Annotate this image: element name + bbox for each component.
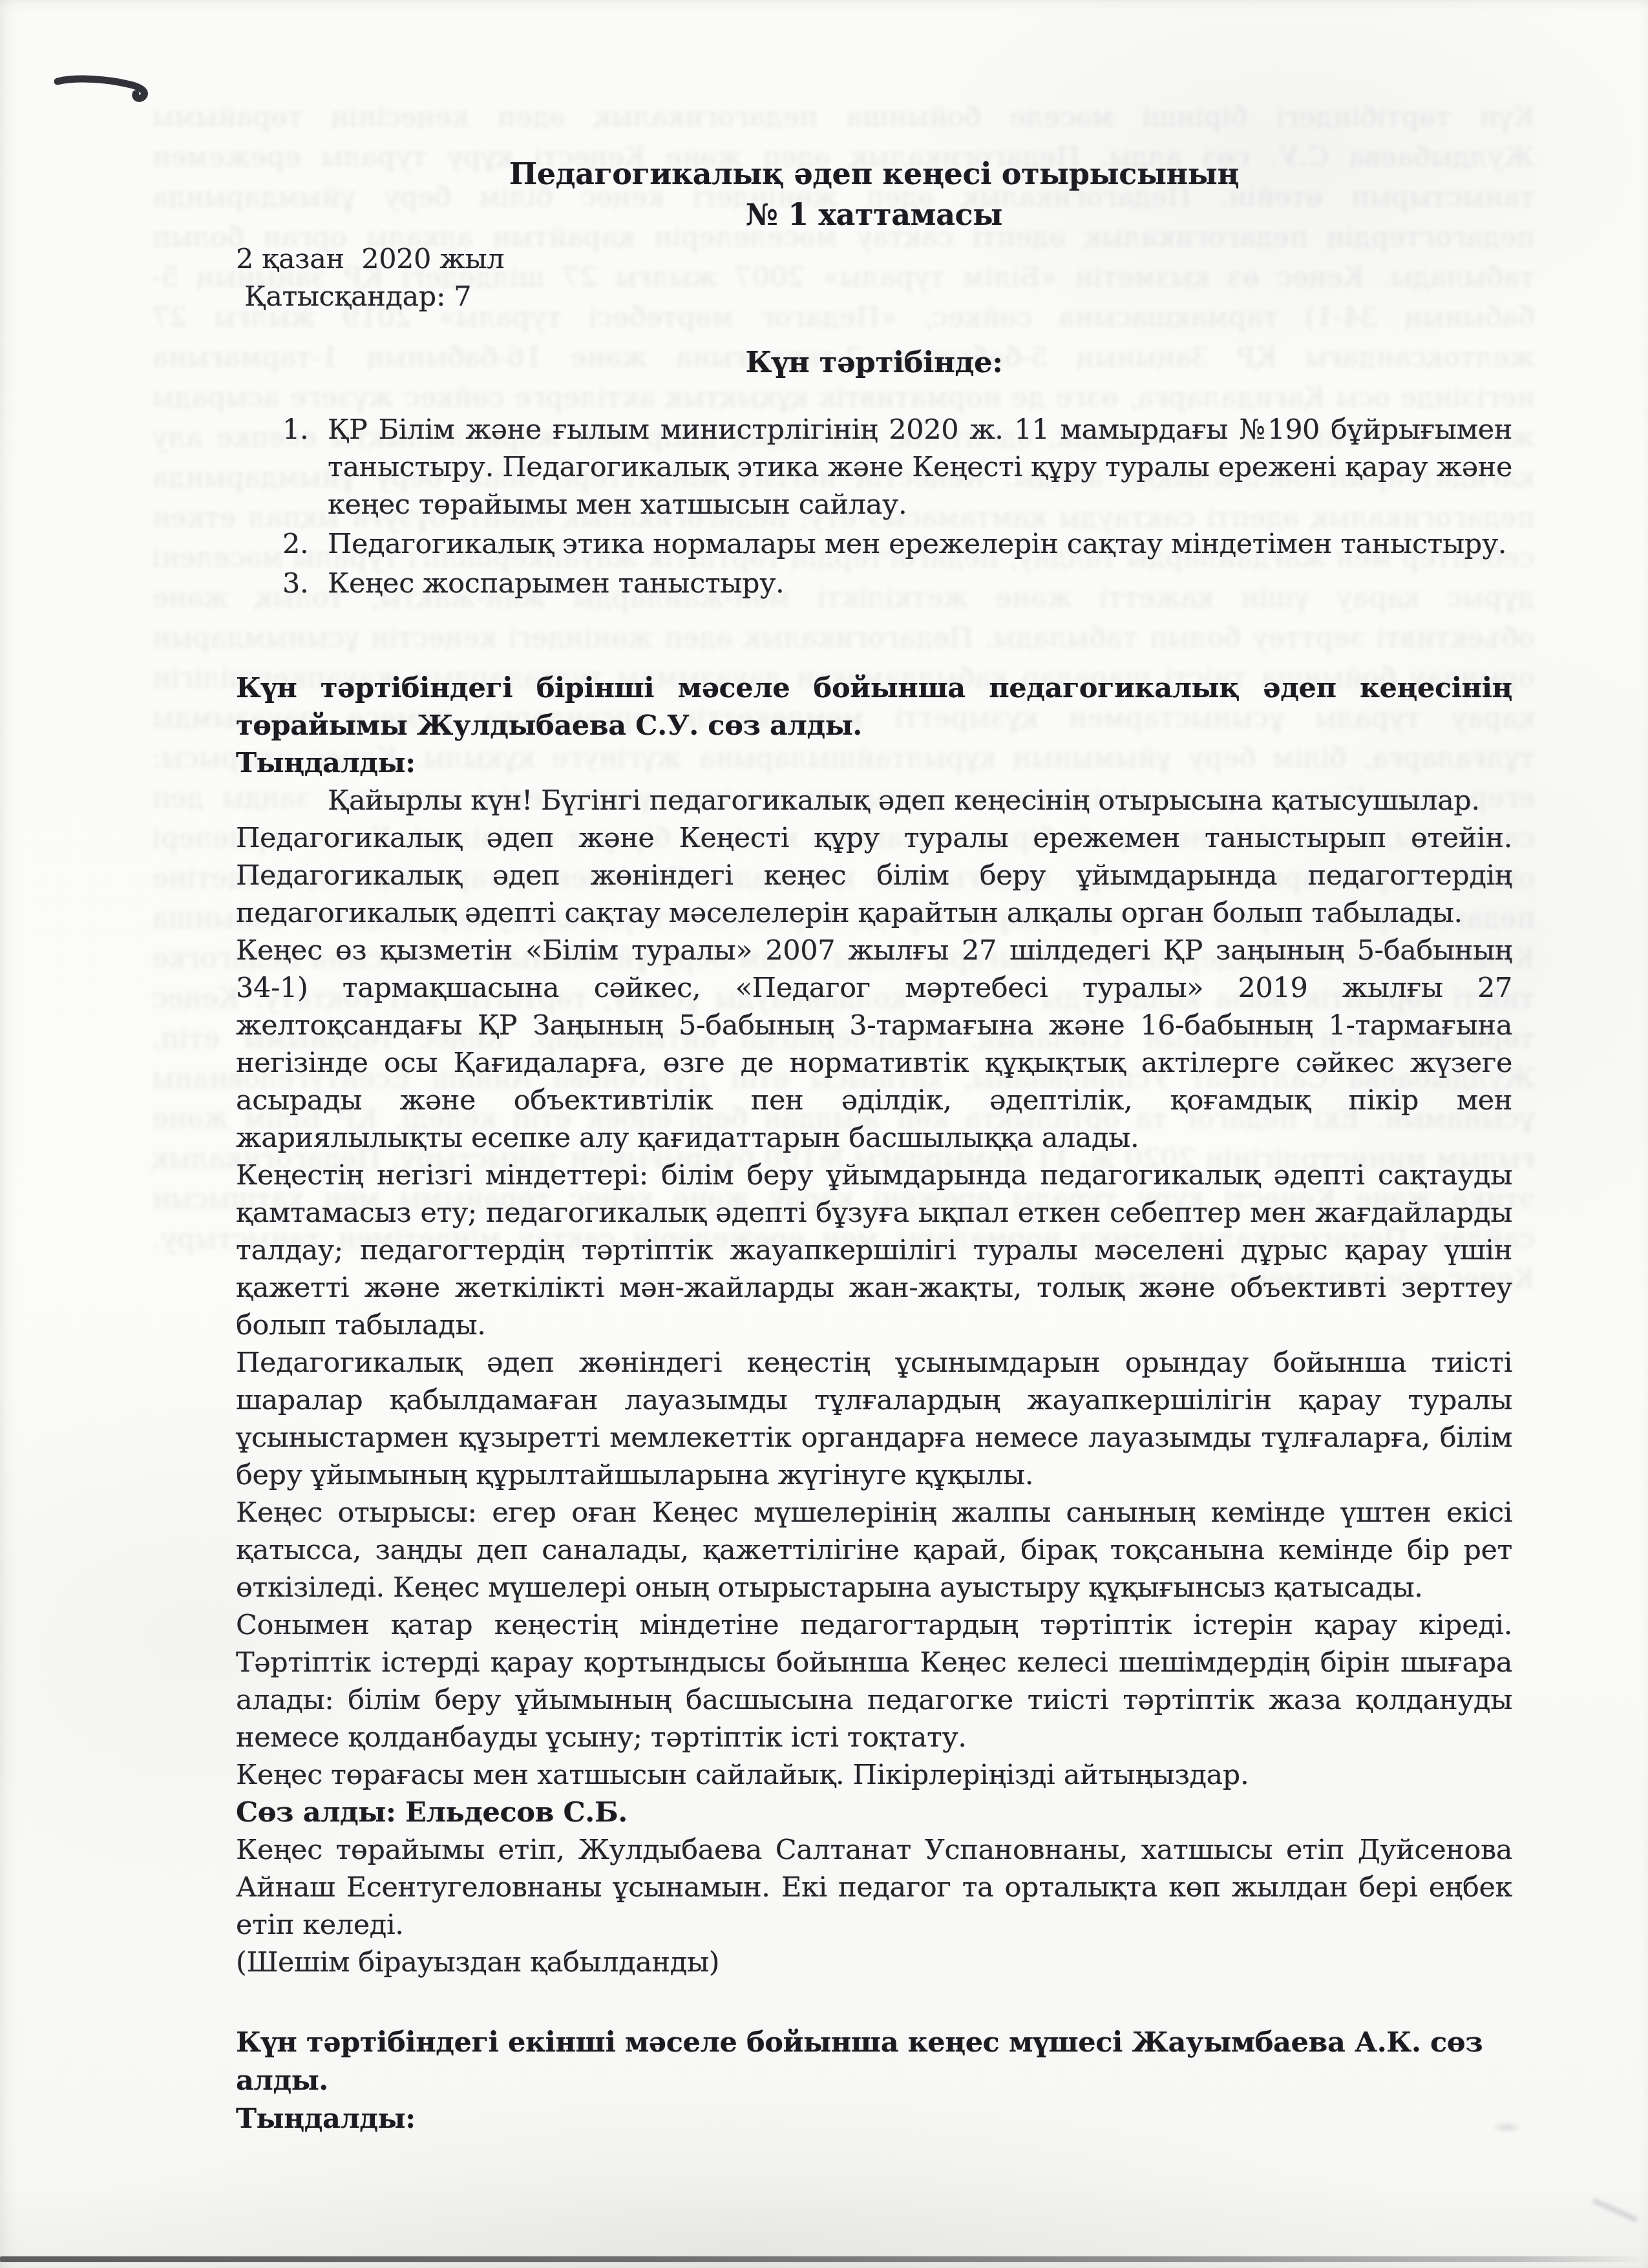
second-issue-section: Күн тәртібіндегі екінші мәселе бойынша к… xyxy=(236,2024,1512,2138)
document-title-line1: Педагогикалық әдеп кеңесі отырысының xyxy=(236,154,1512,194)
participants-line: Қатысқандар: 7 xyxy=(236,278,1512,315)
agenda-item-number: 2. xyxy=(282,525,328,563)
body-paragraph: Сонымен қатар кеңестің міндетіне педагог… xyxy=(236,1606,1512,1756)
heard-label: Тыңдалды: xyxy=(236,744,1512,782)
ink-stroke-artifact xyxy=(53,71,163,110)
body-paragraph: Педагогикалық әдеп және Кеңесті құру тур… xyxy=(236,819,1512,932)
agenda-item-text: Педагогикалық этика нормалары мен ережел… xyxy=(328,525,1512,563)
agenda-item: 2. Педагогикалық этика нормалары мен ере… xyxy=(236,525,1512,563)
agenda-item-number: 3. xyxy=(282,565,328,602)
body-paragraph: Педагогикалық әдеп жөніндегі кеңестің ұс… xyxy=(236,1344,1512,1494)
speaker-heading: Сөз алды: Ельдесов С.Б. xyxy=(236,1794,1512,1831)
date-line: 2 қазан 2020 жыл xyxy=(236,240,1512,278)
document-title-line2: № 1 хаттамасы xyxy=(236,194,1512,235)
agenda-heading: Күн тәртібінде: xyxy=(236,344,1512,381)
greeting-paragraph: Қайырлы күн! Бүгінгі педагогикалық әдеп … xyxy=(236,782,1512,819)
agenda-item-text: Кеңес жоспарымен таныстыру. xyxy=(328,565,1512,602)
first-issue-section: Күн тәртібіндегі бірінші мәселе бойынша … xyxy=(236,669,1512,1981)
scanner-edge-line xyxy=(0,2256,1648,2262)
first-issue-heading: Күн тәртібіндегі бірінші мәселе бойынша … xyxy=(236,669,1512,744)
heard-label: Тыңдалды: xyxy=(236,2100,1512,2138)
decision-note: (Шешім бірауыздан қабылданды) xyxy=(236,1944,1512,1981)
agenda-item-number: 1. xyxy=(282,411,328,448)
body-paragraph: Кеңестің негізгі міндеттері: білім беру … xyxy=(236,1157,1512,1344)
agenda-item-text: ҚР Білім және ғылым министрлігінің 2020 … xyxy=(328,411,1512,523)
agenda-list: 1. ҚР Білім және ғылым министрлігінің 20… xyxy=(236,411,1512,602)
second-issue-heading: Күн тәртібіндегі екінші мәселе бойынша к… xyxy=(236,2024,1512,2100)
smudge-artifact xyxy=(1592,2198,1638,2222)
speaker-paragraph: Кеңес төрайымы етіп, Жулдыбаева Салтанат… xyxy=(236,1831,1512,1944)
document-content: Педагогикалық әдеп кеңесі отырысының № 1… xyxy=(236,154,1512,1981)
agenda-item: 3. Кеңес жоспарымен таныстыру. xyxy=(236,565,1512,602)
body-paragraph: Кеңес төрағасы мен хатшысын сайлайық. Пі… xyxy=(236,1756,1512,1794)
body-paragraph: Кеңес отырысы: егер оған Кеңес мүшелерін… xyxy=(236,1494,1512,1606)
agenda-item: 1. ҚР Білім және ғылым министрлігінің 20… xyxy=(236,411,1512,523)
scanned-document-page: Күн тәртібіндегі бірінші мәселе бойынша … xyxy=(0,0,1648,2268)
body-paragraph: Кеңес өз қызметін «Білім туралы» 2007 жы… xyxy=(236,932,1512,1157)
